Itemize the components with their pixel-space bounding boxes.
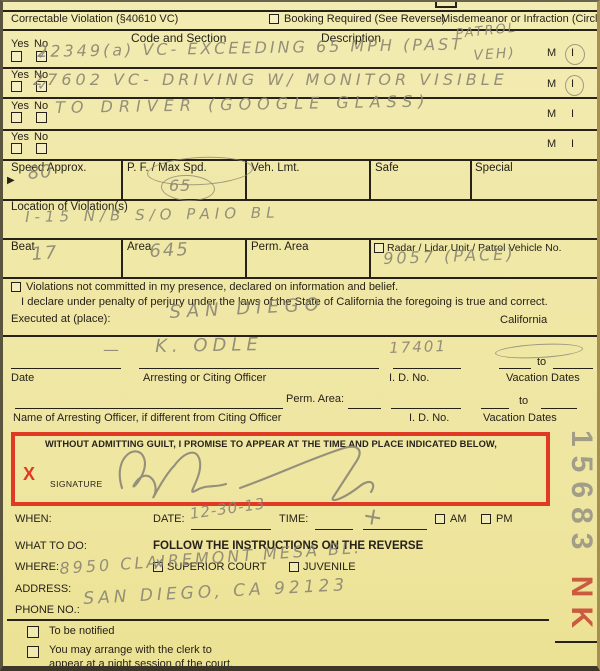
description-header: Description — [321, 32, 381, 46]
serial-suffix: NK — [565, 576, 598, 637]
hw-code-2: 27602 VC- DRIVING W/ MONITOR VISIBLE — [33, 72, 508, 88]
circle-infraction-2 — [565, 75, 584, 96]
perm-area-label: Perm. Area — [251, 241, 309, 254]
to-be-notified-label: To be notified — [49, 625, 114, 638]
arresting-name-label: Name of Arresting Officer, if different … — [13, 412, 281, 425]
night-session-label-1: You may arrange with the clerk to — [49, 644, 212, 657]
code-section-header: Code and Section — [131, 32, 226, 46]
column-line — [121, 159, 123, 199]
arresting-name-line[interactable] — [15, 408, 283, 409]
divider — [3, 335, 600, 337]
vacation-line-b[interactable] — [553, 368, 593, 369]
divider — [555, 641, 600, 643]
am-checkbox[interactable] — [435, 514, 445, 524]
divider — [3, 159, 600, 161]
divider — [3, 129, 600, 131]
serial-number: 15683 NK — [564, 430, 598, 637]
row4-no-label: No — [34, 131, 48, 144]
address-label: ADDRESS: — [15, 583, 71, 596]
divider — [3, 238, 600, 240]
speed-marker-icon: ▶ — [7, 175, 15, 187]
row4-yes-label: Yes — [11, 131, 29, 144]
where-label: WHERE: — [15, 561, 59, 574]
not-committed-checkbox[interactable] — [11, 282, 21, 292]
veh-lmt-label: Veh. Lmt. — [251, 162, 300, 175]
area-label: Area — [127, 241, 151, 254]
what-to-do-label: WHAT TO DO: — [15, 540, 87, 553]
booking-required-checkbox[interactable] — [269, 14, 279, 24]
vacation-dates-label-2: Vacation Dates — [483, 412, 557, 425]
not-committed-label: Violations not committed in my presence,… — [26, 281, 398, 294]
divider — [3, 67, 600, 69]
column-line — [470, 159, 472, 199]
radar-lidar-checkbox[interactable] — [374, 243, 384, 253]
radar-lidar-label: Radar / Lidar Unit / Patrol Vehicle No. — [387, 242, 562, 254]
perm-area-label-2: Perm. Area: — [286, 393, 344, 406]
vacation-line-2a[interactable] — [481, 408, 509, 409]
instructions-text: FOLLOW THE INSTRUCTIONS ON THE REVERSE — [153, 540, 423, 553]
row3-yes-checkbox[interactable] — [11, 112, 22, 123]
signature-label: SIGNATURE — [50, 480, 103, 490]
to-be-notified-checkbox[interactable] — [27, 626, 39, 638]
column-line — [369, 238, 371, 277]
to-label: to — [537, 356, 546, 369]
safe-label: Safe — [375, 162, 399, 175]
row2-no-label: No — [34, 69, 48, 82]
id-no-line-2[interactable] — [391, 408, 461, 409]
row2-m-label: M — [547, 78, 556, 91]
row1-yes-label: Yes — [11, 38, 29, 51]
row4-yes-checkbox[interactable] — [11, 143, 22, 154]
special-label: Special — [475, 162, 513, 175]
hw-max-spd: 65 — [169, 178, 191, 194]
location-label: Location of Violation(s) — [11, 201, 128, 214]
when-label: WHEN: — [15, 513, 52, 526]
vacation-dates-label: Vacation Dates — [506, 372, 580, 385]
correctable-violation-label: Correctable Violation (§40610 VC) — [11, 13, 178, 26]
date-field-line[interactable] — [191, 529, 271, 530]
night-session-checkbox[interactable] — [27, 646, 39, 658]
row1-no-checkbox[interactable] — [36, 51, 47, 62]
hw-code-1-tail: VEH) — [473, 46, 516, 63]
row4-no-checkbox[interactable] — [36, 143, 47, 154]
row3-no-checkbox[interactable] — [36, 112, 47, 123]
date-line[interactable] — [11, 368, 121, 369]
row1-m-label: M — [547, 47, 556, 60]
date-field-label: DATE: — [153, 513, 185, 526]
row2-yes-label: Yes — [11, 69, 29, 82]
hw-officer-name: K. ODLE — [155, 336, 263, 356]
phone-label: PHONE NO.: — [15, 604, 80, 617]
row3-m-label: M — [547, 108, 556, 121]
column-line — [369, 159, 371, 199]
column-line — [121, 238, 123, 277]
to-label-2: to — [519, 395, 528, 408]
time-field-line-a[interactable] — [315, 529, 353, 530]
divider — [3, 29, 600, 31]
row1-yes-checkbox[interactable] — [11, 51, 22, 62]
divider — [3, 97, 600, 99]
id-no-label: I. D. No. — [389, 372, 429, 385]
pm-label: PM — [496, 513, 513, 526]
vacation-line-2b[interactable] — [541, 408, 577, 409]
executed-at-label: Executed at (place): — [11, 313, 111, 326]
row4-m-label: M — [547, 138, 556, 151]
x-mark: X — [23, 464, 35, 485]
traffic-citation-form: Correctable Violation (§40610 VC) Bookin… — [0, 0, 600, 671]
superior-court-checkbox[interactable] — [153, 562, 163, 572]
superior-court-label: SUPERIOR COURT — [167, 561, 266, 574]
juvenile-checkbox[interactable] — [289, 562, 299, 572]
time-field-label: TIME: — [279, 513, 308, 526]
divider — [3, 277, 600, 279]
perjury-statement: I declare under penalty of perjury under… — [21, 296, 548, 309]
row3-yes-label: Yes — [11, 100, 29, 113]
partial-checkbox — [435, 2, 457, 8]
row2-i-label: I — [571, 78, 574, 91]
row2-no-checkbox[interactable] — [36, 81, 47, 92]
pf-max-spd-label: P. F. / Max Spd. — [127, 162, 207, 175]
hw-court-city: SAN DIEGO, CA 92123 — [83, 577, 349, 608]
time-field-line-b[interactable] — [363, 529, 427, 530]
divider — [3, 10, 600, 12]
booking-required-label: Booking Required (See Reverse) — [284, 13, 445, 26]
california-label: California — [500, 314, 547, 327]
hw-date-dash: — — [103, 342, 119, 358]
row3-no-label: No — [34, 100, 48, 113]
hw-court-time: + — [361, 503, 385, 530]
speed-approx-label: Speed Approx. — [11, 162, 86, 175]
hw-code-1: 22349(a) VC- EXCEEDING 65 MPH (PAST — [37, 37, 464, 60]
beat-label: Beat — [11, 241, 35, 254]
vacation-line-a[interactable] — [499, 368, 531, 369]
hw-beat: 17 — [31, 244, 59, 264]
date-label: Date — [11, 372, 34, 385]
divider — [7, 619, 549, 621]
citing-officer-label: Arresting or Citing Officer — [143, 372, 266, 385]
hw-area: 645 — [149, 241, 190, 261]
row1-no-label: No — [34, 38, 48, 51]
pm-checkbox[interactable] — [481, 514, 491, 524]
hw-officer-id: 17401 — [389, 339, 447, 356]
row1-i-label: I — [571, 47, 574, 60]
id-no-label-2: I. D. No. — [409, 412, 449, 425]
am-label: AM — [450, 513, 467, 526]
juvenile-label: JUVENILE — [303, 561, 356, 574]
row2-yes-checkbox[interactable] — [11, 81, 22, 92]
misdemeanor-infraction-label: Misdemeanor or Infraction (Circle) — [441, 13, 600, 26]
row4-i-label: I — [571, 138, 574, 151]
perm-area-line[interactable] — [348, 408, 381, 409]
column-line — [245, 159, 247, 199]
serial-digits: 15683 — [565, 430, 598, 558]
signature-scrawl[interactable] — [98, 438, 438, 504]
night-session-label-2: appear at a night session of the court. — [49, 658, 233, 671]
row3-i-label: I — [571, 108, 574, 121]
column-line — [245, 238, 247, 277]
circle-infraction-1 — [565, 44, 585, 65]
id-no-line[interactable] — [393, 368, 461, 369]
officer-signature-line[interactable] — [139, 368, 379, 369]
